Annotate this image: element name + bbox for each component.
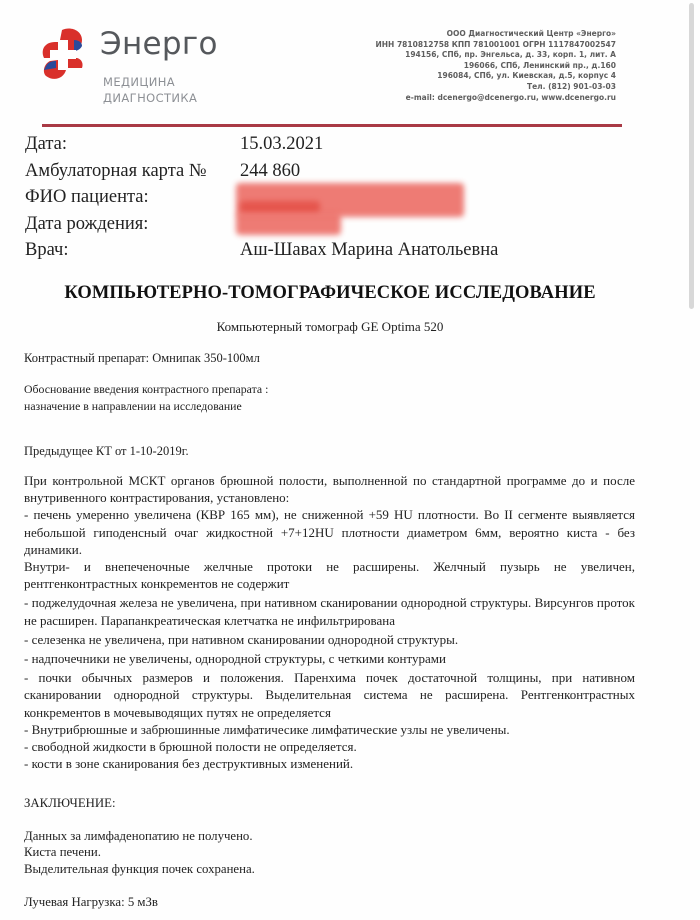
conclusion-heading: ЗАКЛЮЧЕНИЕ: — [24, 795, 255, 812]
radiation-dose: Лучевая Нагрузка: 5 мЗв — [24, 894, 255, 911]
company-contacts: e-mail: dcenergo@dcenergo.ru, www.dcener… — [376, 93, 617, 104]
company-registration: ИНН 7810812758 КПП 781001001 ОГРН 111784… — [376, 40, 617, 51]
field-card-number: Амбулаторная карта № 244 860 — [25, 158, 625, 185]
device-name: Компьютерный томограф GE Optima 520 — [0, 319, 660, 335]
finding-intro: При контрольной МСКТ органов брюшной пол… — [24, 472, 635, 506]
field-label: Врач: — [25, 237, 69, 264]
header-divider — [42, 124, 622, 127]
report-title: КОМПЬЮТЕРНО-ТОМОГРАФИЧЕСКОЕ ИССЛЕДОВАНИЕ — [0, 283, 660, 304]
finding-pancreas: - поджелудочная железа не увеличена, при… — [24, 594, 635, 628]
company-phone: Тел. (812) 901-03-03 — [376, 82, 617, 93]
field-date: Дата: 15.03.2021 — [25, 131, 625, 158]
field-label: Дата рождения: — [25, 211, 148, 238]
company-name: ООО Диагностический Центр «Энерго» — [376, 29, 617, 40]
field-label: ФИО пациента: — [25, 184, 149, 211]
company-address-1: 194156, СПб, пр. Энгельса, д. 33, корп. … — [376, 50, 617, 61]
conclusion-item: Выделительная функция почек сохранена. — [24, 861, 255, 878]
field-label: Дата: — [25, 131, 67, 158]
field-value: 244 860 — [240, 158, 300, 185]
finding-liver: - печень умеренно увеличена (КВР 165 мм)… — [24, 506, 635, 558]
findings: При контрольной МСКТ органов брюшной пол… — [24, 472, 635, 772]
scrollbar-thumb[interactable] — [689, 3, 694, 309]
finding-kidneys: - почки обычных размеров и положения. Па… — [24, 669, 635, 721]
finding-free-fluid: - свободной жидкости в брюшной полости н… — [24, 738, 635, 755]
field-label: Амбулаторная карта № — [25, 158, 207, 185]
conclusion-item: Киста печени. — [24, 844, 255, 861]
contrast-agent: Контрастный препарат: Омнипак 350-100мл — [24, 351, 260, 366]
field-value: 15.03.2021 — [240, 131, 323, 158]
brand-subtitle-line-1: МЕДИЦИНА — [103, 74, 197, 90]
previous-ct: Предыдущее КТ от 1-10-2019г. — [24, 444, 189, 459]
company-address-3: 196084, СПб, ул. Киевская, д.5, корпус 4 — [376, 71, 617, 82]
field-doctor: Врач: Аш-Шавах Марина Анатольевна — [25, 237, 625, 264]
redaction-birth-date — [236, 213, 341, 235]
medical-cross-logo-icon — [40, 26, 86, 82]
contrast-reason-label: Обоснование введения контрастного препар… — [24, 382, 268, 397]
conclusion: ЗАКЛЮЧЕНИЕ: Данных за лимфаденопатию не … — [24, 795, 255, 911]
finding-lymph-nodes: - Внутрибрюшные и забрюшинные лимфатичес… — [24, 721, 635, 738]
company-address-2: 196066, СПб, Ленинский пр., д.160 — [376, 61, 617, 72]
finding-bile-ducts: Внутри- и внепеченочные желчные протоки … — [24, 558, 635, 592]
brand-subtitle-line-2: ДИАГНОСТИКА — [103, 90, 197, 106]
contrast-reason-value: назначение в направлении на исследование — [24, 399, 242, 414]
company-info: ООО Диагностический Центр «Энерго» ИНН 7… — [376, 29, 617, 103]
finding-adrenals: - надпочечники не увеличены, однородной … — [24, 650, 635, 667]
conclusion-item: Данных за лимфаденопатию не получено. — [24, 828, 255, 845]
field-value: Аш-Шавах Марина Анатольевна — [240, 237, 498, 264]
finding-spleen: - селезенка не увеличена, при нативном с… — [24, 631, 635, 648]
finding-bones: - кости в зоне сканирования без деструкт… — [24, 755, 635, 772]
redaction-patient-name-stroke — [240, 201, 320, 213]
brand-name: Энерго — [100, 29, 218, 60]
brand-subtitle: МЕДИЦИНА ДИАГНОСТИКА — [103, 74, 197, 106]
